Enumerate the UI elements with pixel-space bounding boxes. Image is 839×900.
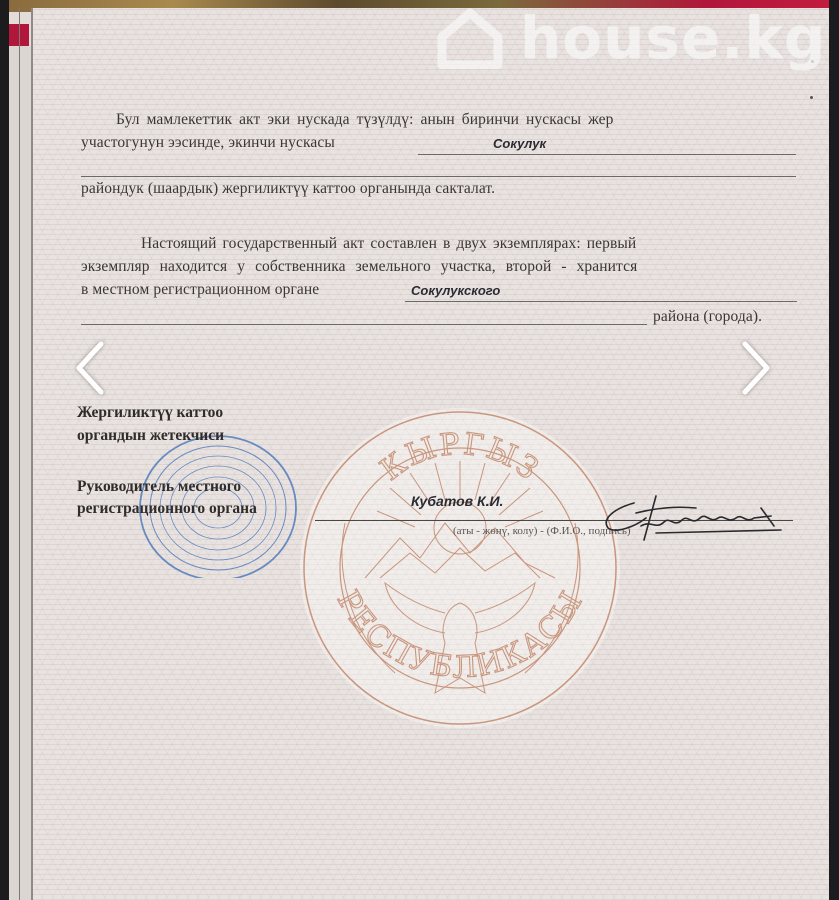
filled-district-russian: Сокулукского	[411, 283, 500, 298]
russian-title-line-1: Руководитель местного	[77, 478, 241, 496]
viewer-left-border	[0, 0, 9, 900]
document-page: Бул мамлекеттик акт эки нускада түзүлдү:…	[31, 8, 829, 900]
fill-line	[405, 301, 797, 302]
kyrgyz-text-line-2: участогунун ээсинде, экинчи нускасы	[81, 134, 335, 152]
kyrgyz-emblem-icon: КЫРГЫЗ РЕСПУБЛИКАСЫ	[295, 403, 625, 733]
russian-text-line-4: района (города).	[653, 308, 762, 326]
handwritten-signature-icon	[596, 488, 806, 543]
russian-text-line-1: Настоящий государственный акт составлен …	[141, 235, 636, 253]
russian-text-line-3: в местном регистрационном органе	[81, 281, 319, 299]
chevron-left-icon	[71, 338, 111, 398]
russian-title-line-2: регистрационного органа	[77, 500, 257, 518]
kyrgyz-text-line-3: райондук (шаардык) жергиликтүү каттоо ор…	[81, 180, 495, 198]
kyrgyz-text-line-1: Бул мамлекеттик акт эки нускада түзүлдү:…	[116, 111, 614, 129]
kyrgyz-title-line-2: органдын жетекчиси	[77, 427, 224, 445]
house-kg-watermark: house.kg	[434, 4, 826, 72]
kyrgyz-title-line-1: Жергиликтүү каттоо	[77, 404, 223, 422]
document-photo: Бул мамлекеттик акт эки нускада түзүлдү:…	[9, 0, 829, 900]
fill-line	[81, 176, 796, 177]
underlying-page	[9, 46, 31, 900]
viewer-right-border	[829, 0, 839, 900]
filled-district-kyrgyz: Сокулук	[493, 136, 546, 151]
chevron-right-icon	[735, 338, 775, 398]
fill-line	[418, 154, 796, 155]
page-edge	[19, 8, 20, 900]
watermark-text: house.kg	[520, 9, 826, 67]
house-icon	[434, 7, 506, 69]
russian-text-line-2: экземпляр находится у собственника земел…	[81, 258, 637, 276]
previous-image-button[interactable]	[71, 338, 111, 398]
speck	[810, 96, 813, 99]
signer-name: Кубатов К.И.	[411, 493, 503, 509]
image-viewer: Бул мамлекеттик акт эки нускада түзүлдү:…	[0, 0, 839, 900]
next-image-button[interactable]	[735, 338, 775, 398]
fill-line	[81, 324, 647, 325]
